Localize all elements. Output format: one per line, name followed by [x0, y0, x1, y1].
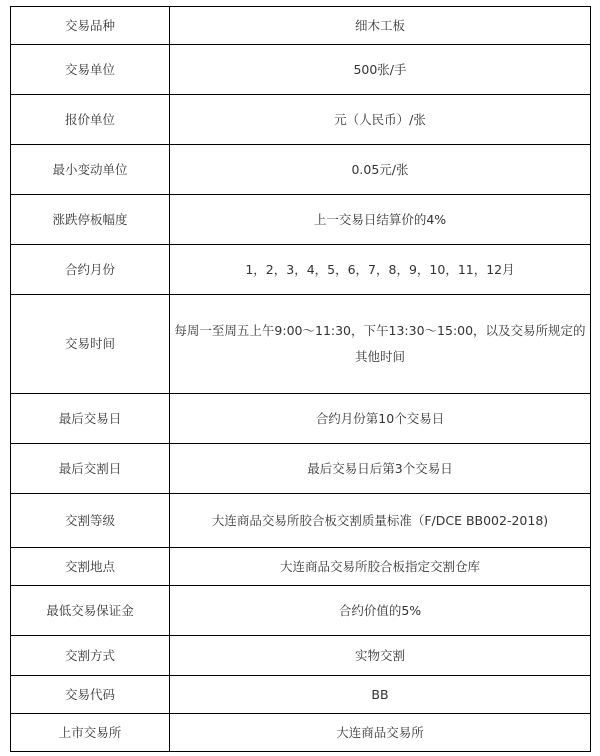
row-value: 最后交易日后第3个交易日 — [170, 444, 591, 494]
row-value: BB — [170, 676, 591, 714]
row-value: 1，2，3，4，5，6，7，8，9，10，11，12月 — [170, 245, 591, 295]
row-label: 交易代码 — [11, 676, 170, 714]
row-label: 合约月份 — [11, 245, 170, 295]
row-label: 最低交易保证金 — [11, 586, 170, 636]
row-label: 最后交易日 — [11, 394, 170, 444]
table-row: 合约月份 1，2，3，4，5，6，7，8，9，10，11，12月 — [11, 245, 591, 295]
row-label: 交易单位 — [11, 45, 170, 95]
row-value: 大连商品交易所 — [170, 714, 591, 752]
row-value: 大连商品交易所胶合板交割质量标准（F/DCE BB002-2018) — [170, 494, 591, 548]
table-row: 交易代码 BB — [11, 676, 591, 714]
row-label: 最小变动单位 — [11, 145, 170, 195]
row-label: 交割等级 — [11, 494, 170, 548]
row-value: 500张/手 — [170, 45, 591, 95]
row-label: 涨跌停板幅度 — [11, 195, 170, 245]
table-row: 交割方式 实物交割 — [11, 636, 591, 676]
row-label: 交易品种 — [11, 7, 170, 45]
table-row: 最后交易日 合约月份第10个交易日 — [11, 394, 591, 444]
row-label: 上市交易所 — [11, 714, 170, 752]
row-label: 交割地点 — [11, 548, 170, 586]
row-label: 交割方式 — [11, 636, 170, 676]
table-row: 最小变动单位 0.05元/张 — [11, 145, 591, 195]
row-label: 报价单位 — [11, 95, 170, 145]
table-row: 交割地点 大连商品交易所胶合板指定交割仓库 — [11, 548, 591, 586]
row-value: 元（人民币）/张 — [170, 95, 591, 145]
row-value: 合约价值的5% — [170, 586, 591, 636]
table-row: 上市交易所 大连商品交易所 — [11, 714, 591, 752]
row-value: 实物交割 — [170, 636, 591, 676]
contract-spec-table: 交易品种 细木工板 交易单位 500张/手 报价单位 元（人民币）/张 最小变动… — [10, 6, 591, 752]
row-value: 大连商品交易所胶合板指定交割仓库 — [170, 548, 591, 586]
row-label: 交易时间 — [11, 295, 170, 394]
table-row: 交割等级 大连商品交易所胶合板交割质量标准（F/DCE BB002-2018) — [11, 494, 591, 548]
table-row: 报价单位 元（人民币）/张 — [11, 95, 591, 145]
row-value: 每周一至周五上午9:00～11:30，下午13:30～15:00，以及交易所规定… — [170, 295, 591, 394]
table-row: 涨跌停板幅度 上一交易日结算价的4% — [11, 195, 591, 245]
table-row: 最后交割日 最后交易日后第3个交易日 — [11, 444, 591, 494]
table-row: 最低交易保证金 合约价值的5% — [11, 586, 591, 636]
row-label: 最后交割日 — [11, 444, 170, 494]
row-value: 上一交易日结算价的4% — [170, 195, 591, 245]
table-row: 交易时间 每周一至周五上午9:00～11:30，下午13:30～15:00，以及… — [11, 295, 591, 394]
table-row: 交易单位 500张/手 — [11, 45, 591, 95]
row-value: 细木工板 — [170, 7, 591, 45]
contract-spec-body: 交易品种 细木工板 交易单位 500张/手 报价单位 元（人民币）/张 最小变动… — [11, 7, 591, 752]
row-value: 合约月份第10个交易日 — [170, 394, 591, 444]
table-row: 交易品种 细木工板 — [11, 7, 591, 45]
row-value: 0.05元/张 — [170, 145, 591, 195]
